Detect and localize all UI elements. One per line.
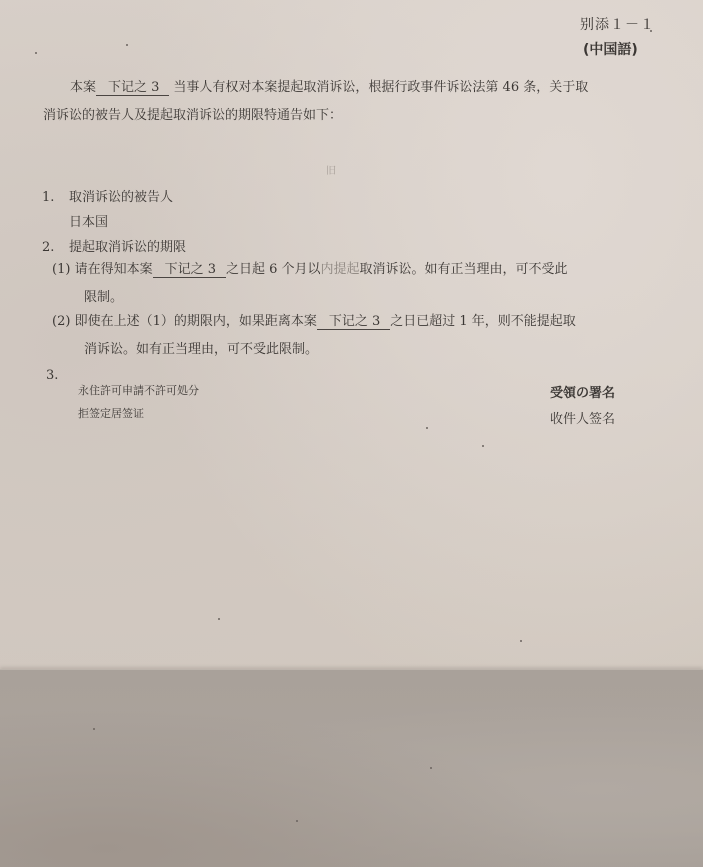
item-2-2-label: (2): [52, 314, 70, 329]
paper-speck: [296, 820, 298, 822]
section-1-content: 日本国: [69, 215, 108, 231]
intro-rest: 当事人有权对本案提起取消诉讼，根据行政事件诉讼法第 46 条，关于取: [173, 80, 588, 95]
section-1-title: 取消诉讼的被告人: [69, 190, 173, 206]
paper-speck: [93, 728, 95, 730]
item-2-2-line-1: (2) 即使在上述（1）的期限内，如果距离本案下记之 3之日已超过 1 年，则不…: [52, 314, 576, 330]
section-3-number: 3.: [46, 368, 58, 384]
signature-label-japanese: 受領の署名: [550, 386, 615, 402]
section-3-line-1: 永住許可申請不許可処分: [78, 383, 199, 399]
paper-speck: [650, 30, 652, 32]
paper-speck: [430, 767, 432, 769]
item-2-1-label: (1): [52, 262, 70, 277]
section-2-number: 2.: [42, 240, 54, 256]
item-2-1-blank: 下记之 3: [153, 263, 226, 278]
paper-speck: [482, 445, 484, 447]
section-2-title: 提起取消诉讼的期限: [69, 240, 186, 256]
item-2-1-rest: 取消诉讼。如有正当理由，可不受此: [360, 262, 568, 277]
paper-speck: [426, 427, 428, 429]
item-2-2-line-2: 消诉讼。如有正当理由，可不受此限制。: [84, 342, 318, 358]
attachment-number: 别添１－１: [580, 17, 655, 33]
intro-line-1: 本案下记之 3当事人有权对本案提起取消诉讼，根据行政事件诉讼法第 46 条，关于…: [70, 80, 588, 96]
stamp-mark: 旧: [326, 162, 337, 175]
item-2-1-line-1: (1) 请在得知本案下记之 3之日起 6 个月以内提起取消诉讼。如有正当理由，可…: [52, 262, 568, 278]
item-2-1-faded: 内提起: [321, 262, 360, 277]
item-2-1-prefix: 请在得知本案: [75, 262, 153, 277]
paper-speck: [520, 640, 522, 642]
section-3-line-2: 拒签定居签证: [78, 406, 144, 422]
paper-speck: [126, 44, 128, 46]
item-2-2-prefix: 即使在上述（1）的期限内，如果距离本案: [75, 314, 317, 329]
paper-speck: [218, 618, 220, 620]
item-2-1-line-2: 限制。: [84, 290, 123, 306]
case-blank: 下记之 3: [96, 81, 169, 96]
item-2-2-rest: 之日已超过 1 年，则不能提起取: [390, 314, 576, 329]
item-2-2-blank: 下记之 3: [317, 315, 390, 330]
intro-prefix: 本案: [70, 80, 96, 95]
item-2-1-middle: 之日起 6 个月以: [226, 262, 321, 277]
language-label: (中国語): [583, 42, 638, 58]
intro-line-2: 消诉讼的被告人及提起取消诉讼的期限特通告如下：: [43, 108, 342, 124]
paper-speck: [35, 52, 37, 54]
section-1-number: 1.: [42, 190, 54, 206]
signature-label-chinese: 收件人签名: [550, 412, 615, 428]
page-fold-shadow: [0, 669, 703, 867]
